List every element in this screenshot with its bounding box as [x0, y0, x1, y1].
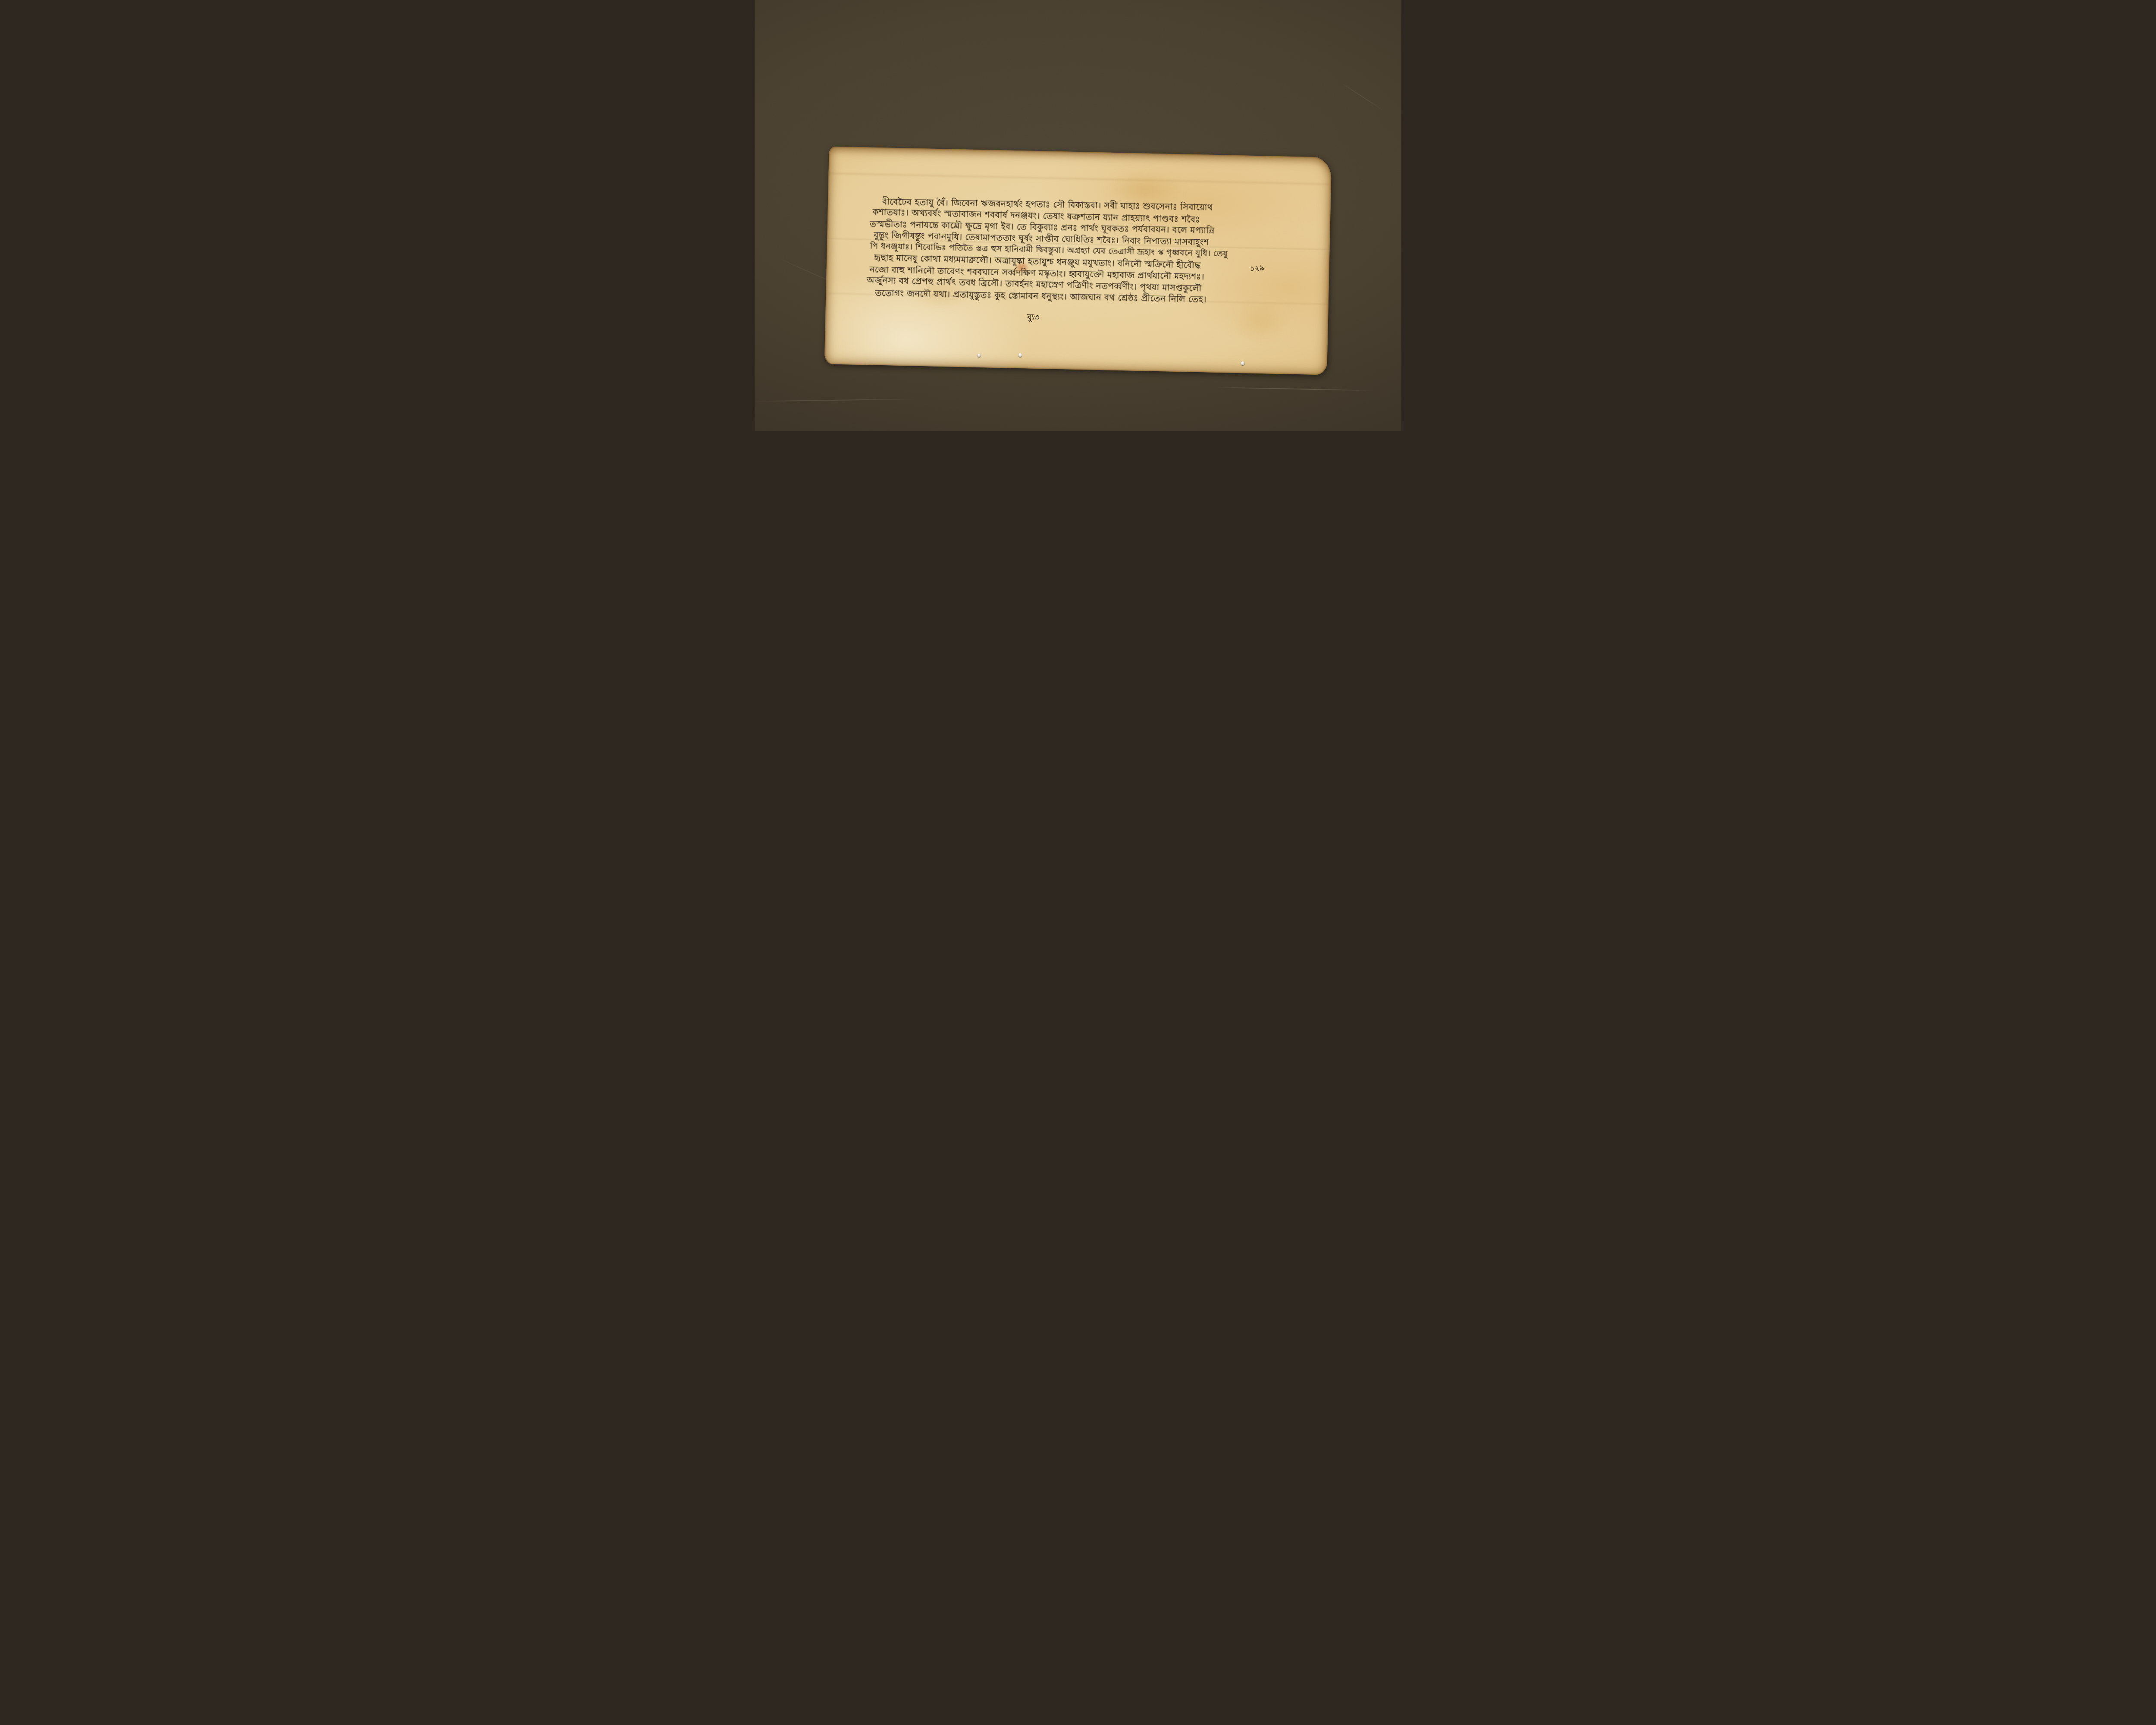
paper-crease: [828, 171, 1331, 186]
folio-number: ১২৯: [1250, 262, 1264, 275]
pin-bead: [1018, 353, 1022, 357]
pin-bead: [1241, 361, 1244, 365]
photo-background: বীবেঢৈব হতাযু বৈঁ। জিবেনা ঋজবনহার্থং হপত…: [755, 0, 1401, 431]
manuscript-page: বীবেঢৈব হতাযু বৈঁ। জিবেনা ঋজবনহার্থং হপত…: [824, 146, 1332, 375]
scratch-mark: [755, 398, 921, 402]
pin-bead: [978, 354, 981, 357]
colophon-mark: ব্যু৩: [1027, 311, 1040, 325]
manuscript-text-block: বীবেঢৈব হতাযু বৈঁ। জিবেনা ঋজবনহার্থং হপত…: [871, 195, 1263, 307]
scratch-mark: [1341, 83, 1385, 112]
scratch-mark: [1216, 387, 1375, 391]
